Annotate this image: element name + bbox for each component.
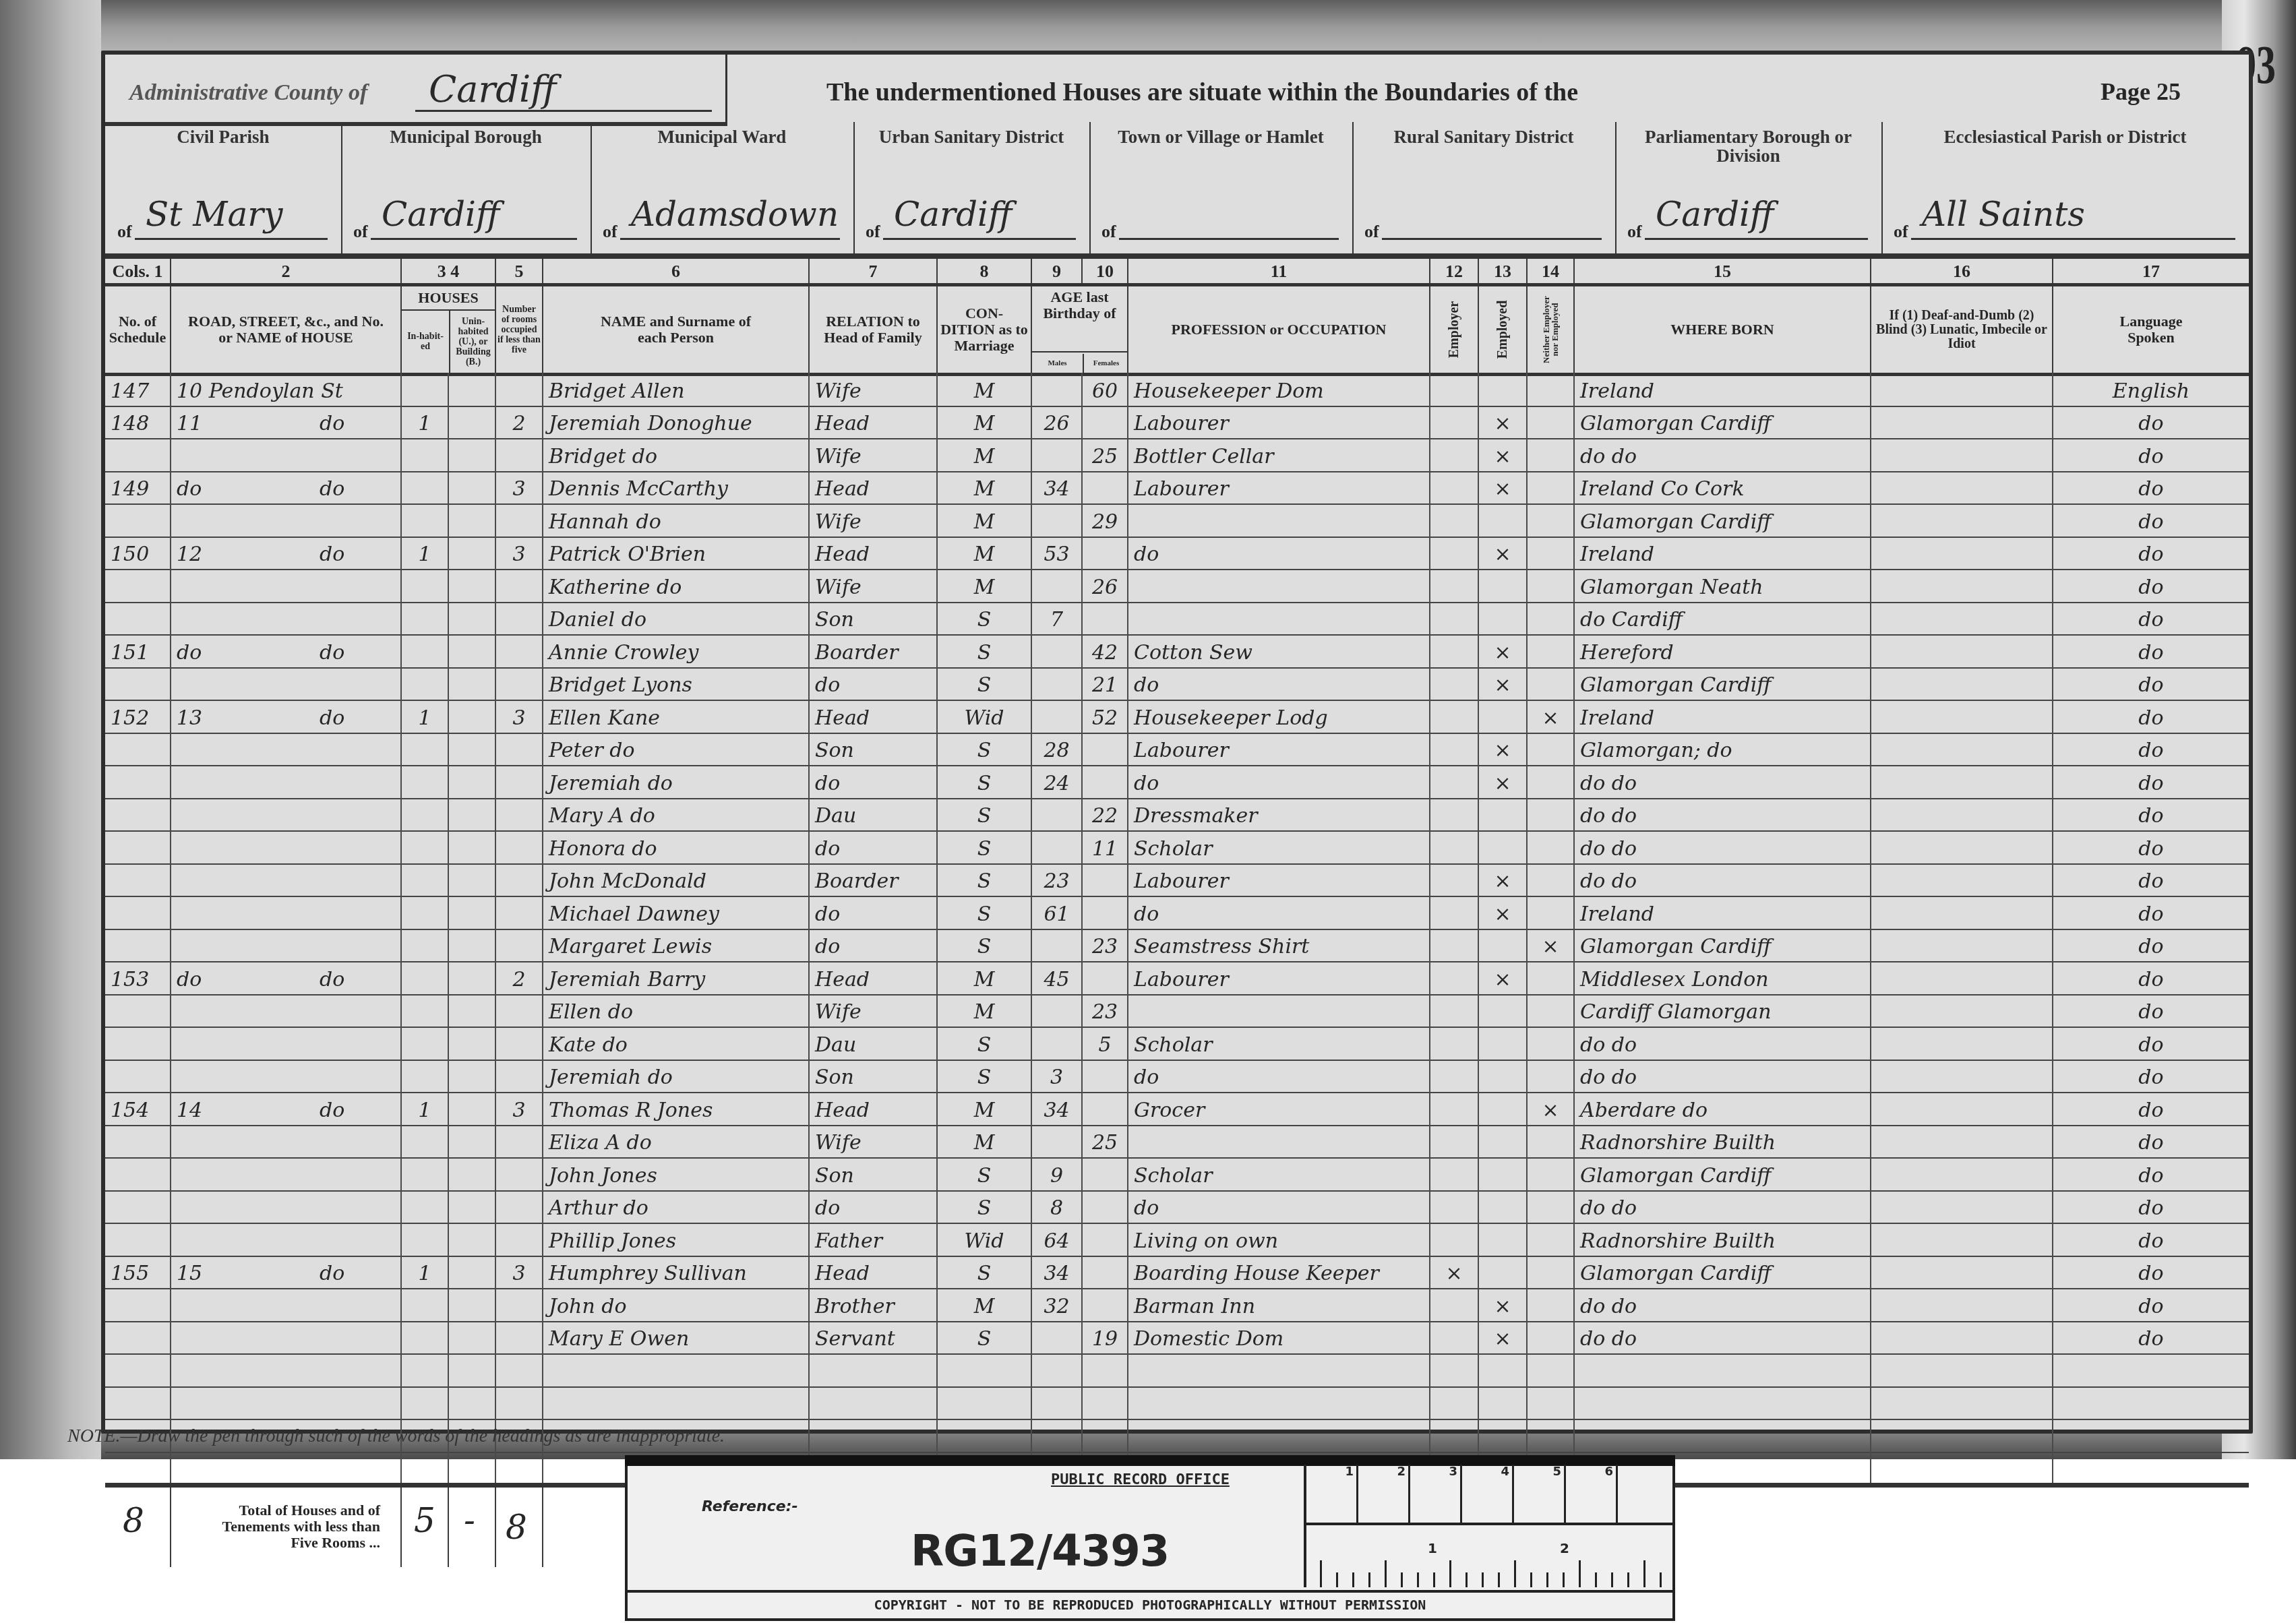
district-label: Parliamentary Borough or Division <box>1615 127 1881 165</box>
cell-value: Domestic Dom <box>1134 1327 1283 1351</box>
underline <box>1382 238 1602 240</box>
cell-relation: Brother <box>810 1288 938 1321</box>
cell-condition: S <box>938 1060 1032 1093</box>
cell-employer <box>1430 634 1479 667</box>
cell-value: 25 <box>1083 445 1127 468</box>
cell-relation: Servant <box>810 1321 938 1354</box>
cell-schedule <box>105 1288 171 1321</box>
cell-road <box>171 798 402 831</box>
cell-where-born: Radnorshire Builth <box>1575 1125 1871 1158</box>
cell-uninhabited <box>449 1092 496 1125</box>
cell-value: do do <box>1580 804 1637 828</box>
total-houses-label-cell: Total of Houses and of Tenements with le… <box>171 1488 402 1567</box>
cell-uninhabited <box>449 1452 496 1485</box>
cell-condition: Wid <box>938 700 1032 733</box>
cell-relation: Dau <box>810 798 938 831</box>
cell-value: do <box>2053 1099 2249 1122</box>
cell-relation: Head <box>810 537 938 570</box>
header-occupation: PROFESSION or OCCUPATION <box>1128 286 1430 373</box>
cell-value: do <box>2053 804 2249 828</box>
cell-value: 23 <box>1083 935 1127 958</box>
cell-occupation: do <box>1128 896 1430 929</box>
cell-female-age: 21 <box>1083 667 1128 700</box>
cell-uninhabited <box>449 667 496 700</box>
cell-neither <box>1528 1157 1575 1190</box>
header-rooms: Number of rooms occupied if less than fi… <box>496 286 543 373</box>
cell-name <box>543 1386 810 1419</box>
cell-language: do <box>2053 929 2249 962</box>
cell-value: do do <box>1580 1066 1637 1089</box>
cell-uninhabited <box>449 961 496 994</box>
cell-value: M <box>938 576 1031 599</box>
cell-where-born: Middlesex London <box>1575 961 1871 994</box>
cell-value: John Jones <box>549 1164 657 1188</box>
cell-employer <box>1430 700 1479 733</box>
cell-language: do <box>2053 994 2249 1027</box>
cell-uninhabited <box>449 406 496 439</box>
cell-road <box>171 503 402 537</box>
header-text: RELATION to Head of Family <box>811 313 935 346</box>
cell-relation: Head <box>810 1092 938 1125</box>
cell-value: Son <box>815 1164 854 1188</box>
cell-schedule: 153 <box>105 961 171 994</box>
cell-road <box>171 438 402 471</box>
cell-road <box>171 602 402 635</box>
cell-language: do <box>2053 667 2249 700</box>
cell-employer <box>1430 1419 1479 1452</box>
cell-uninhabited <box>449 863 496 896</box>
cell-where-born: do do <box>1575 1321 1871 1354</box>
ruler-tick <box>1660 1572 1662 1587</box>
cell-inhabited <box>402 1353 449 1386</box>
district-rural-sanitary: Rural Sanitary District of <box>1352 122 1617 253</box>
cell-rooms <box>496 994 543 1027</box>
census-rows: 14710 Pendoylan StBridget AllenWifeM60Ho… <box>105 373 2249 1483</box>
cell-employer <box>1430 1223 1479 1256</box>
cell-value: 34 <box>1032 1099 1081 1122</box>
cell-value: Brother <box>815 1295 895 1318</box>
cell-value: × <box>1528 1099 1573 1122</box>
table-row: Phillip JonesFatherWid64Living on ownRad… <box>105 1223 2249 1257</box>
cell-value: Boarding House Keeper <box>1134 1262 1379 1285</box>
cell-relation: Son <box>810 1060 938 1093</box>
cell-value: 1 <box>402 1099 448 1122</box>
cell-rooms <box>496 1288 543 1321</box>
cell-employer <box>1430 373 1479 406</box>
cell-uninhabited <box>449 733 496 766</box>
cell-inhabited <box>402 1157 449 1190</box>
cell-value: Boarder <box>815 641 899 665</box>
cell-infirmity <box>1871 1452 2053 1485</box>
cell-male-age <box>1032 994 1083 1027</box>
cell-male-age <box>1032 1353 1083 1386</box>
cell-occupation: Labourer <box>1128 961 1430 994</box>
district-of: of <box>1364 222 1379 242</box>
cell-value: Dressmaker <box>1134 804 1258 828</box>
page-left-shadow <box>0 0 101 1459</box>
cell-occupation <box>1128 1386 1430 1419</box>
cell-language: do <box>2053 1321 2249 1354</box>
cell-inhabited <box>402 994 449 1027</box>
cell-inhabited <box>402 602 449 635</box>
cell-value: Head <box>815 412 870 435</box>
cell-inhabited <box>402 798 449 831</box>
header-text: Employer <box>1447 301 1462 358</box>
table-row: John doBrotherM32Barman Inn×do dodo <box>105 1288 2249 1322</box>
cell-employed <box>1479 830 1528 863</box>
cell-value: do <box>2053 772 2249 795</box>
cell-road <box>171 1288 402 1321</box>
cell-value: do do <box>1580 1327 1637 1351</box>
table-row: Kate doDauS5Scholardo dodo <box>105 1027 2249 1061</box>
cell-infirmity <box>1871 1353 2053 1386</box>
cell-female-age <box>1083 1157 1128 1190</box>
header-name: NAME and Surname of each Person <box>543 286 810 373</box>
cell-value: 21 <box>1083 673 1127 697</box>
cell-occupation: Dressmaker <box>1128 798 1430 831</box>
ruler-tick <box>1611 1572 1613 1587</box>
cell-employed <box>1479 1060 1528 1093</box>
col-number: 2 <box>171 259 402 283</box>
total-houses-label: Total of Houses and of Tenements with le… <box>198 1502 380 1551</box>
cell-value: 155 <box>111 1262 149 1285</box>
header-text: AGE last Birthday of <box>1032 286 1127 353</box>
cell-value: do do <box>1580 1033 1637 1057</box>
cell-value: do <box>2053 673 2249 697</box>
cell-schedule <box>105 1223 171 1256</box>
cell-value: S <box>938 935 1031 958</box>
cell-road <box>171 863 402 896</box>
col-number: 6 <box>543 259 810 283</box>
cell-schedule <box>105 438 171 471</box>
cell-road: 13do <box>171 700 402 733</box>
cell-language: do <box>2053 830 2249 863</box>
cell-condition: S <box>938 1321 1032 1354</box>
cell-condition: S <box>938 667 1032 700</box>
cell-condition <box>938 1353 1032 1386</box>
cell-value: English <box>2053 379 2249 403</box>
cell-male-age: 53 <box>1032 537 1083 570</box>
cell-value: 25 <box>1083 1131 1127 1155</box>
cell-value: Glamorgan Cardiff <box>1580 510 1771 534</box>
cell-occupation: Scholar <box>1128 830 1430 863</box>
cell-condition: S <box>938 1027 1032 1060</box>
cell-where-born: Ireland <box>1575 373 1871 406</box>
cell-name: Kate do <box>543 1027 810 1060</box>
cell-inhabited <box>402 667 449 700</box>
col-number-text: 11 <box>1128 262 1429 282</box>
cell-schedule <box>105 863 171 896</box>
cell-language: do <box>2053 1256 2249 1289</box>
table-row: 14710 Pendoylan StBridget AllenWifeM60Ho… <box>105 373 2249 407</box>
cell-value: do <box>2053 477 2249 501</box>
cell-where-born: do do <box>1575 438 1871 471</box>
cell-inhabited <box>402 503 449 537</box>
cell-neither <box>1528 471 1575 504</box>
cell-where-born: Glamorgan Cardiff <box>1575 1157 1871 1190</box>
cell-infirmity <box>1871 830 2053 863</box>
cell-name: Hannah do <box>543 503 810 537</box>
cell-name: Bridget do <box>543 438 810 471</box>
cell-value: M <box>938 445 1031 468</box>
cell-value: Labourer <box>1134 477 1229 501</box>
cell-condition: S <box>938 602 1032 635</box>
cell-value: × <box>1479 477 1526 501</box>
cell-uninhabited <box>449 1125 496 1158</box>
cell-infirmity <box>1871 537 2053 570</box>
cell-value: do <box>2053 869 2249 893</box>
cell-name: Ellen do <box>543 994 810 1027</box>
cell-relation: do <box>810 667 938 700</box>
cell-value: do <box>2053 641 2249 665</box>
cell-neither <box>1528 798 1575 831</box>
cell-inhabited <box>402 373 449 406</box>
cell-where-born: do do <box>1575 830 1871 863</box>
ruler-tick <box>1530 1572 1532 1587</box>
cell-value: Labourer <box>1134 739 1229 762</box>
cell-value: Katherine do <box>549 576 682 599</box>
cell-name: Phillip Jones <box>543 1223 810 1256</box>
cell-value: do <box>2053 902 2249 926</box>
col-number-text: 13 <box>1479 262 1526 282</box>
cell-inhabited <box>402 765 449 798</box>
cell-rooms <box>496 373 543 406</box>
cell-neither <box>1528 1190 1575 1223</box>
cell-rooms <box>496 503 543 537</box>
cell-employer <box>1430 471 1479 504</box>
cell-where-born: Cardiff Glamorgan <box>1575 994 1871 1027</box>
cell-employer <box>1430 1060 1479 1093</box>
cell-value: 14 <box>177 1099 202 1122</box>
cell-value: × <box>1479 543 1526 566</box>
cell-uninhabited <box>449 602 496 635</box>
cell-employed <box>1479 1125 1528 1158</box>
underline <box>1119 238 1339 240</box>
cell-value: John McDonald <box>549 869 706 893</box>
table-row: Margaret LewisdoS23Seamstress Shirt×Glam… <box>105 929 2249 963</box>
cell-value: 2 <box>496 968 542 991</box>
cell-value: Hannah do <box>549 510 661 534</box>
total-schedules-value: 8 <box>123 1501 144 1540</box>
cell-name: Bridget Allen <box>543 373 810 406</box>
cell-value: Head <box>815 1262 870 1285</box>
cell-employer <box>1430 1353 1479 1386</box>
cell-female-age <box>1083 537 1128 570</box>
cell-neither <box>1528 667 1575 700</box>
cell-neither <box>1528 994 1575 1027</box>
header-males: Males <box>1032 354 1084 373</box>
district-municipal-borough: Municipal Borough of Cardiff <box>341 122 592 253</box>
header-age: AGE last Birthday of Males Females <box>1032 286 1128 373</box>
slip-reference-code: RG12/4393 <box>911 1527 1169 1576</box>
cell-female-age <box>1083 1190 1128 1223</box>
cell-value: Wife <box>815 1131 862 1155</box>
cell-value: do <box>2053 1327 2249 1351</box>
cell-name: Jeremiah Barry <box>543 961 810 994</box>
cell-value: 3 <box>496 543 542 566</box>
cell-where-born: Glamorgan; do <box>1575 733 1871 766</box>
cell-language: do <box>2053 863 2249 896</box>
cell-value: 22 <box>1083 804 1127 828</box>
header-text: WHERE BORN <box>1576 321 1869 338</box>
cell-relation: Boarder <box>810 863 938 896</box>
header-neither: Neither Employer nor Employed <box>1528 286 1575 373</box>
table-row: Arthur dodoS8dodo dodo <box>105 1190 2249 1225</box>
cell-value: Bottler Cellar <box>1134 445 1274 468</box>
cell-value: do <box>815 935 840 958</box>
cell-male-age <box>1032 1386 1083 1419</box>
cell-condition: S <box>938 1157 1032 1190</box>
cell-value: do <box>2053 543 2249 566</box>
cell-value-ditto: do <box>320 706 344 730</box>
cell-female-age: 25 <box>1083 1125 1128 1158</box>
cell-value: Glamorgan Cardiff <box>1580 1262 1771 1285</box>
cell-relation: do <box>810 830 938 863</box>
cell-relation: Son <box>810 1157 938 1190</box>
total-uninhabited: - <box>449 1488 496 1567</box>
ruler-tick <box>1514 1560 1516 1587</box>
cell-value: 147 <box>111 379 149 403</box>
cell-value: Middlesex London <box>1580 968 1769 991</box>
table-row: Ellen doWifeM23Cardiff Glamorgando <box>105 994 2249 1029</box>
district-value: All Saints <box>1922 195 2085 234</box>
cell-employed <box>1479 503 1528 537</box>
cell-value: 64 <box>1032 1229 1081 1253</box>
cell-occupation: Bottler Cellar <box>1128 438 1430 471</box>
cell-condition: M <box>938 438 1032 471</box>
cell-value: 1 <box>402 412 448 435</box>
cell-schedule <box>105 602 171 635</box>
underline <box>371 238 577 240</box>
col-number-text: 6 <box>543 262 808 282</box>
cell-male-age <box>1032 1027 1083 1060</box>
underline <box>135 238 328 240</box>
cell-road <box>171 1125 402 1158</box>
cell-value: Margaret Lewis <box>549 935 712 958</box>
cell-rooms <box>496 438 543 471</box>
header-employer: Employer <box>1430 286 1479 373</box>
cell-rooms <box>496 1386 543 1419</box>
cell-language <box>2053 1452 2249 1485</box>
header-text: HOUSES <box>402 286 495 311</box>
cell-value: Head <box>815 706 870 730</box>
cell-infirmity <box>1871 1386 2053 1419</box>
cell-road: dodo <box>171 961 402 994</box>
cell-condition: S <box>938 1190 1032 1223</box>
cell-value: 45 <box>1032 968 1081 991</box>
cell-relation: Wife <box>810 438 938 471</box>
cell-female-age <box>1083 1353 1128 1386</box>
cell-rooms: 3 <box>496 700 543 733</box>
ruler-tick <box>1417 1572 1419 1587</box>
table-row: Jeremiah dodoS24do×do dodo <box>105 765 2249 799</box>
cell-name: Dennis McCarthy <box>543 471 810 504</box>
cell-value: S <box>938 772 1031 795</box>
cell-male-age: 34 <box>1032 471 1083 504</box>
district-civil-parish: Civil Parish of St Mary <box>105 122 342 253</box>
cell-value: Hereford <box>1580 641 1674 665</box>
cell-value-ditto: do <box>320 412 344 435</box>
cell-value: Living on own <box>1134 1229 1278 1253</box>
cell-where-born: Glamorgan Cardiff <box>1575 406 1871 439</box>
ruler-tick <box>1336 1572 1338 1587</box>
cell-schedule <box>105 798 171 831</box>
cell-condition: M <box>938 994 1032 1027</box>
cell-road <box>171 830 402 863</box>
cell-value: Humphrey Sullivan <box>549 1262 747 1285</box>
cell-value: M <box>938 1131 1031 1155</box>
district-of: of <box>1894 222 1908 242</box>
total-uninhabited-value: - <box>464 1501 475 1540</box>
cell-uninhabited <box>449 1288 496 1321</box>
cell-male-age <box>1032 634 1083 667</box>
cell-infirmity <box>1871 569 2053 602</box>
cell-value: 32 <box>1032 1295 1081 1318</box>
cell-value: do <box>815 772 840 795</box>
cell-language: do <box>2053 1157 2249 1190</box>
cell-occupation: Labourer <box>1128 471 1430 504</box>
cell-employed <box>1479 1386 1528 1419</box>
cell-value: Son <box>815 608 854 632</box>
cell-value: do <box>2053 1196 2249 1220</box>
cell-value: Arthur do <box>549 1196 648 1220</box>
cell-language: do <box>2053 1288 2249 1321</box>
cell-uninhabited <box>449 569 496 602</box>
cell-occupation: Housekeeper Dom <box>1128 373 1430 406</box>
district-of: of <box>1627 222 1642 242</box>
cell-employer <box>1430 537 1479 570</box>
cell-relation <box>810 1419 938 1452</box>
cell-value: M <box>938 1099 1031 1122</box>
cell-value: 60 <box>1083 379 1127 403</box>
cell-female-age <box>1083 765 1128 798</box>
cell-value: do <box>2053 608 2249 632</box>
cell-female-age: 11 <box>1083 830 1128 863</box>
cell-value: do do <box>1580 772 1637 795</box>
cell-occupation: Cotton Sew <box>1128 634 1430 667</box>
cell-male-age <box>1032 700 1083 733</box>
cell-condition: S <box>938 929 1032 962</box>
census-form: Administrative County of Cardiff The und… <box>101 51 2253 1434</box>
cell-male-age: 9 <box>1032 1157 1083 1190</box>
cell-value: Wife <box>815 576 862 599</box>
cell-where-born <box>1575 1353 1871 1386</box>
cell-value: Kate do <box>549 1033 628 1057</box>
cell-value: Father <box>815 1229 882 1253</box>
table-row: Michael DawneydoS61do×Irelanddo <box>105 896 2249 930</box>
underline <box>415 110 712 112</box>
district-value: Adamsdown <box>631 195 839 234</box>
cell-employer <box>1430 961 1479 994</box>
header-text: In-habit-ed <box>403 332 448 352</box>
cell-inhabited <box>402 1321 449 1354</box>
cell-value: 149 <box>111 477 149 501</box>
cell-employed: × <box>1479 406 1528 439</box>
cell-language: do <box>2053 733 2249 766</box>
cell-schedule <box>105 1321 171 1354</box>
cell-rooms <box>496 602 543 635</box>
cell-value: John do <box>549 1295 627 1318</box>
table-row: Bridget LyonsdoS21do×Glamorgan Cardiffdo <box>105 667 2249 702</box>
header-text: PROFESSION or OCCUPATION <box>1130 321 1428 338</box>
cell-value: do <box>2053 510 2249 534</box>
cell-infirmity <box>1871 1092 2053 1125</box>
col-number-text: 12 <box>1430 262 1478 282</box>
cell-inhabited <box>402 1223 449 1256</box>
header-inhabited: In-habit-ed <box>402 311 450 373</box>
district-town-village: Town or Village or Hamlet of <box>1089 122 1354 253</box>
cell-occupation <box>1128 1125 1430 1158</box>
